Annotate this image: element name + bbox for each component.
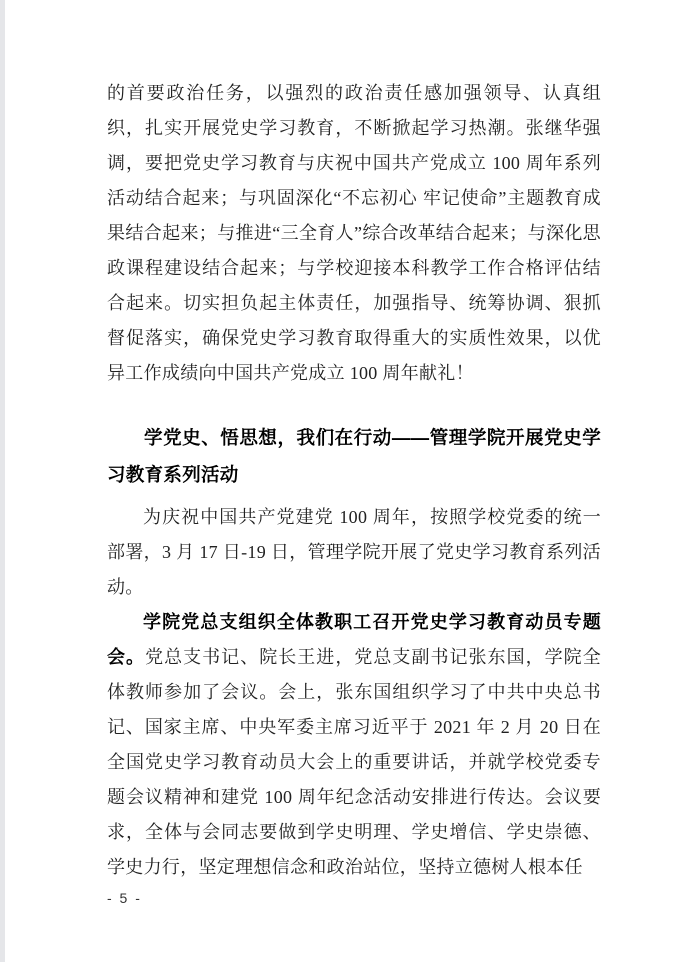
document-page: 的首要政治任务，以强烈的政治责任感加强领导、认真组织，扎实开展党史学习教育，不断… xyxy=(0,0,694,969)
document-body: 的首要政治任务，以强烈的政治责任感加强领导、认真组织，扎实开展党史学习教育，不断… xyxy=(107,76,601,885)
page-edge-strip xyxy=(0,0,5,962)
paragraph-intro: 为庆祝中国共产党建党 100 周年，按照学校党委的统一部署，3 月 17 日-1… xyxy=(107,500,601,605)
section-heading: 学党史、悟思想，我们在行动——管理学院开展党史学习教育系列活动 xyxy=(107,419,601,493)
paragraph-meeting-body: 党总支书记、院长王进，党总支副书记张东国，学院全体教师参加了会议。会上，张东国组… xyxy=(107,647,601,877)
paragraph-continued: 的首要政治任务，以强烈的政治责任感加强领导、认真组织，扎实开展党史学习教育，不断… xyxy=(107,76,601,391)
page-number: - 5 - xyxy=(107,890,142,906)
paragraph-meeting: 学院党总支组织全体教职工召开党史学习教育动员专题会。党总支书记、院长王进，党总支… xyxy=(107,605,601,885)
